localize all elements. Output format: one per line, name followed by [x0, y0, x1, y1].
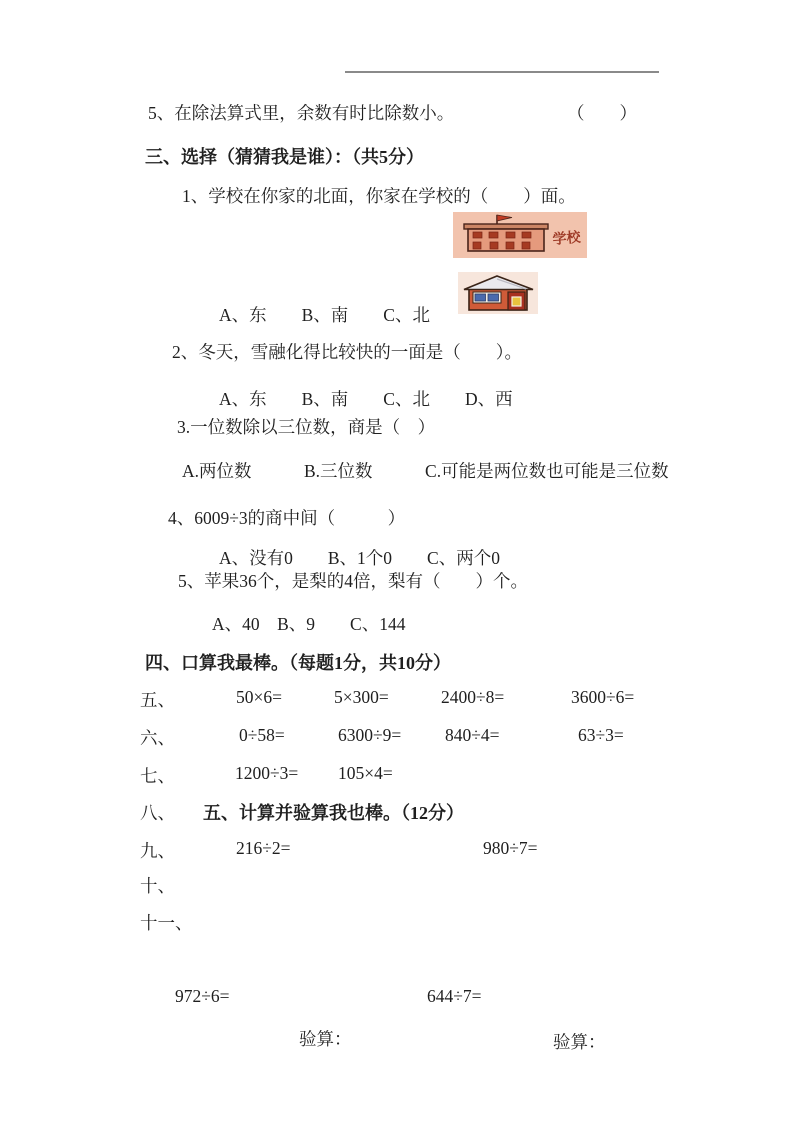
- row-label: 五、: [140, 687, 175, 712]
- section-5-title: 五、计算并验算我也棒。（12分）: [203, 799, 464, 825]
- oral-calc-problem: 50×6=: [236, 687, 282, 708]
- choice-q3-options: A.两位数 B.三位数 C.可能是两位数也可能是三位数: [182, 461, 669, 483]
- choice-q1: 1、学校在你家的北面，你家在学校的（ ）面。: [182, 186, 576, 208]
- calc-problem: 972÷6=: [175, 986, 229, 1007]
- check-label-right: 验算：: [553, 1029, 606, 1054]
- header-divider: [345, 71, 659, 73]
- oral-calc-problem: 5×300=: [334, 687, 389, 708]
- oral-calc-problem: 1200÷3=: [235, 763, 298, 784]
- question-judge-5-answer-blank: （ ）: [567, 103, 637, 125]
- question-judge-5: 5、在除法算式里，余数有时比除数小。: [148, 103, 454, 125]
- house-window-right: [488, 294, 499, 301]
- choice-q5: 5、苹果36个，是梨的4倍，梨有（ ）个。: [178, 571, 528, 593]
- oral-calc-problem: 840÷4=: [445, 725, 499, 746]
- school-illustration: 学校: [453, 212, 587, 258]
- row-label: 六、: [140, 725, 175, 750]
- calc-problem: 216÷2=: [236, 838, 290, 859]
- choice-q1-options: A、东 B、南 C、北: [219, 305, 430, 327]
- choice-q5-options: A、40 B、9 C、144: [212, 614, 405, 636]
- row-label: 七、: [140, 763, 175, 788]
- check-label-left: 验算：: [299, 1026, 352, 1051]
- oral-calc-problem: 2400÷8=: [441, 687, 504, 708]
- section-3-title: 三、选择（猜猜我是谁）：（共5分）: [145, 146, 424, 169]
- row-label: 九、: [140, 838, 175, 863]
- oral-calc-problem: 105×4=: [338, 763, 393, 784]
- math-test-paper-page: 5、在除法算式里，余数有时比除数小。 （ ） 三、选择（猜猜我是谁）：（共5分）…: [0, 0, 793, 1122]
- choice-q4: 4、6009÷3的商中间（ ）: [168, 508, 405, 530]
- oral-calc-problem: 0÷58=: [239, 725, 285, 746]
- house-window-left: [475, 294, 486, 301]
- oral-calc-problem: 3600÷6=: [571, 687, 634, 708]
- row-label: 八、: [140, 800, 175, 825]
- calc-problem: 980÷7=: [483, 838, 537, 859]
- choice-q2: 2、冬天，雪融化得比较快的一面是（ ）。: [172, 342, 522, 364]
- calc-problem: 644÷7=: [427, 986, 481, 1007]
- house-door-window: [512, 297, 521, 306]
- oral-calc-problem: 63÷3=: [578, 725, 624, 746]
- oral-calc-problem: 6300÷9=: [338, 725, 401, 746]
- row-label-11: 十一、: [140, 913, 193, 935]
- section-4-title: 四、口算我最棒。（每题1分，共10分）: [145, 652, 451, 675]
- row-label-10: 十、: [140, 876, 175, 898]
- choice-q3: 3.一位数除以三位数，商是（ ）: [177, 417, 435, 439]
- house-illustration: [458, 272, 538, 314]
- choice-q4-options: A、没有0 B、1个0 C、两个0: [219, 548, 500, 570]
- choice-q2-options: A、东 B、南 C、北 D、西: [219, 389, 513, 411]
